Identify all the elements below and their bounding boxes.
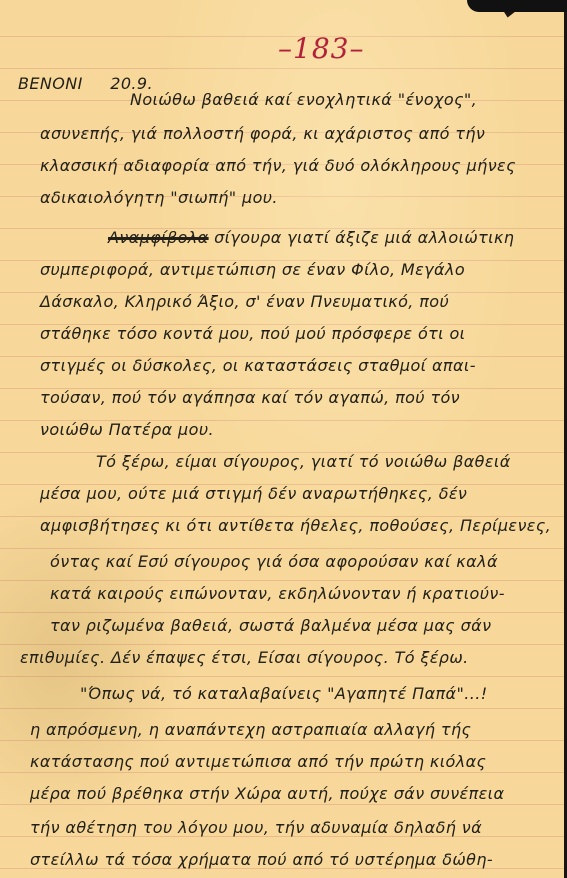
text-line: Νοιώθω βαθειά καί ενοχλητικά "ένοχος", <box>130 90 564 109</box>
text-line: μέσα μου, ούτε μιά στιγμή δέν αναρωτήθηκ… <box>40 484 564 503</box>
text-line: κατάστασης πού αντιμετώπισα από τήν πρώτ… <box>30 752 564 771</box>
text-line: μέρα πού βρέθηκα στήν Χώρα αυτή, πούχε σ… <box>30 784 564 803</box>
text-line: ταν ριζωμένα βαθειά, σωστά βαλμένα μέσα … <box>50 616 564 635</box>
text-line: κατά καιρούς ειπώνονταν, εκδηλώνονταν ή … <box>50 584 564 603</box>
torn-corner <box>467 0 567 12</box>
text-line: Αναμφίβολα σίγουρα γιατί άξιζε μιά αλλοι… <box>108 228 564 247</box>
page-number: –183– <box>278 32 364 65</box>
text-line: αμφισβήτησες κι ότι αντίθετα ήθελες, ποθ… <box>40 516 564 535</box>
text-line: επιθυμίες. Δέν έπαψες έτσι, Είσαι σίγουρ… <box>20 648 564 667</box>
text-line: "Όπως νά, τό καταλαβαίνεις "Αγαπητέ Παπά… <box>80 684 564 703</box>
text-line: συμπεριφορά, αντιμετώπιση σε έναν Φίλο, … <box>40 260 564 279</box>
text-line: τήν αθέτηση του λόγου μου, τήν αδυναμία … <box>30 818 564 837</box>
text-line: Δάσκαλο, Κληρικό Άξιο, σ' έναν Πνευματικ… <box>40 292 564 311</box>
letter-page: –183– BENONI 20.9. Νοιώθω βαθειά καί ενο… <box>0 0 564 878</box>
text-line: νοιώθω Πατέρα μου. <box>40 420 564 439</box>
text-line: στάθηκε τόσο κοντά μου, πού μού πρόσφερε… <box>40 324 564 343</box>
text-line: όντας καί Εσύ σίγουρος γιά όσα αφορούσαν… <box>50 552 564 571</box>
text-line: τούσαν, πού τόν αγάπησα καί τόν αγαπώ, π… <box>40 388 564 407</box>
text-line: ασυνεπής, γιά πολλοστή φορά, κι αχάριστο… <box>40 124 564 143</box>
text-line: στείλλω τά τόσα χρήματα πού από τό υστέρ… <box>30 850 564 869</box>
text-line: αδικαιολόγητη "σιωπή" μου. <box>40 188 564 207</box>
place-name: BENONI <box>18 74 83 93</box>
text-line: κλασσική αδιαφορία από τήν, γιά δυό ολόκ… <box>40 156 564 175</box>
text-line: η απρόσμενη, η αναπάντεχη αστραπιαία αλλ… <box>30 720 564 739</box>
text-line: στιγμές οι δύσκολες, οι καταστάσεις σταθ… <box>40 356 564 375</box>
text-line: Τό ξέρω, είμαι σίγουρος, γιατί τό νοιώθω… <box>96 452 564 471</box>
